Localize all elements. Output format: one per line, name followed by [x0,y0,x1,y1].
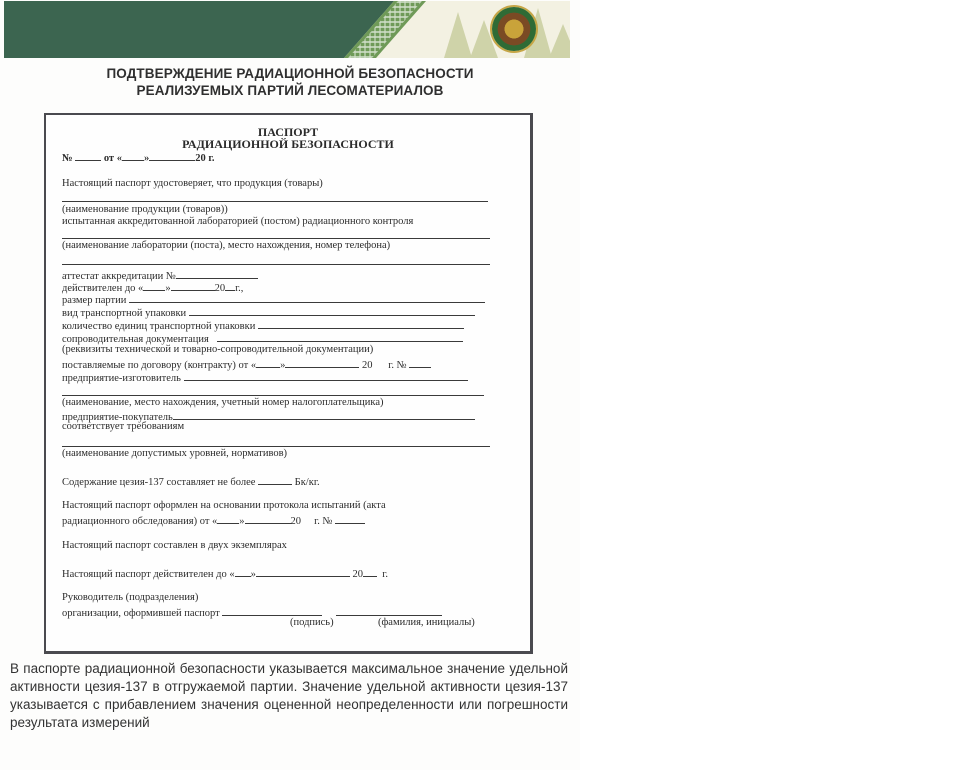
docs-hint: (реквизиты технической и товарно-сопрово… [62,344,373,356]
explanatory-note: В паспорте радиационной безопасности ука… [10,660,568,732]
based-on-line2: радиационного обследования) от «»20 г. № [62,513,365,528]
contract-month-field[interactable] [285,357,359,368]
header-banner [4,1,570,58]
product-name-hint: (наименование продукции (товаров)) [62,204,228,216]
forestry-emblem-icon [492,7,536,51]
protocol-month-field[interactable] [245,513,291,524]
passport-valid-line: Настоящий паспорт действителен до «» 20 … [62,566,388,581]
protocol-day-field[interactable] [217,513,239,524]
passport-month-field[interactable] [149,150,195,161]
manufacturer-field[interactable] [184,370,468,381]
contract-day-field[interactable] [256,357,280,368]
valid-month-field[interactable] [256,566,350,577]
signature-hint: (подпись) [290,617,334,629]
certifies-text: Настоящий паспорт удостоверяет, что прод… [62,178,323,190]
signature-field[interactable] [222,605,322,616]
document-page: ПОДТВЕРЖДЕНИЕ РАДИАЦИОННОЙ БЕЗОПАСНОСТИ … [0,0,580,770]
norms-hint: (наименование допустимых уровней, нормат… [62,448,287,460]
package-type-field[interactable] [189,305,475,316]
buyer-field[interactable] [173,409,475,420]
tested-by-text: испытанная аккредитованной лабораторией … [62,216,413,228]
cesium-line: Содержание цезия-137 составляет не более… [62,474,320,489]
page-title-line1: ПОДТВЕРЖДЕНИЕ РАДИАЦИОННОЙ БЕЗОПАСНОСТИ [0,66,580,81]
accreditation-day-field[interactable] [143,280,165,291]
accreditation-month-field[interactable] [171,280,215,291]
based-on-line1: Настоящий паспорт оформлен на основании … [62,500,386,512]
name-field[interactable] [336,605,442,616]
contract-number-field[interactable] [409,357,431,368]
product-name-field[interactable] [62,201,488,202]
name-hint: (фамилия, инициалы) [378,617,475,629]
accreditation-year-field[interactable] [225,280,235,291]
accompanying-docs-field[interactable] [217,331,463,342]
lab-hint: (наименование лаборатории (поста), место… [62,240,390,252]
head-line1: Руководитель (подразделения) [62,592,198,604]
cesium-value-field[interactable] [258,474,292,485]
passport-number-field[interactable] [75,150,101,161]
passport-number-line: № от «»20 г. [62,150,215,165]
package-count-field[interactable] [258,318,464,329]
lab-details-field[interactable] [62,264,490,265]
manufacturer-details-field[interactable] [62,395,484,396]
lab-name-field[interactable] [62,238,490,239]
accreditation-number-field[interactable] [176,268,258,279]
manufacturer-hint: (наименование, место нахождения, учетный… [62,397,383,409]
page-title-line2: РЕАЛИЗУЕМЫХ ПАРТИЙ ЛЕСОМАТЕРИАЛОВ [0,83,580,98]
copies-text: Настоящий паспорт составлен в двух экзем… [62,540,287,552]
manufacturer-line: предприятие-изготовитель [62,370,468,385]
norms-field[interactable] [62,446,490,447]
form-subheading: РАДИАЦИОННОЙ БЕЗОПАСНОСТИ [44,138,532,150]
valid-year-field[interactable] [363,566,377,577]
protocol-number-field[interactable] [335,513,365,524]
valid-day-field[interactable] [235,566,251,577]
complies-text: соответствует требованиям [62,421,184,433]
passport-day-field[interactable] [122,150,144,161]
lot-size-field[interactable] [129,292,485,303]
